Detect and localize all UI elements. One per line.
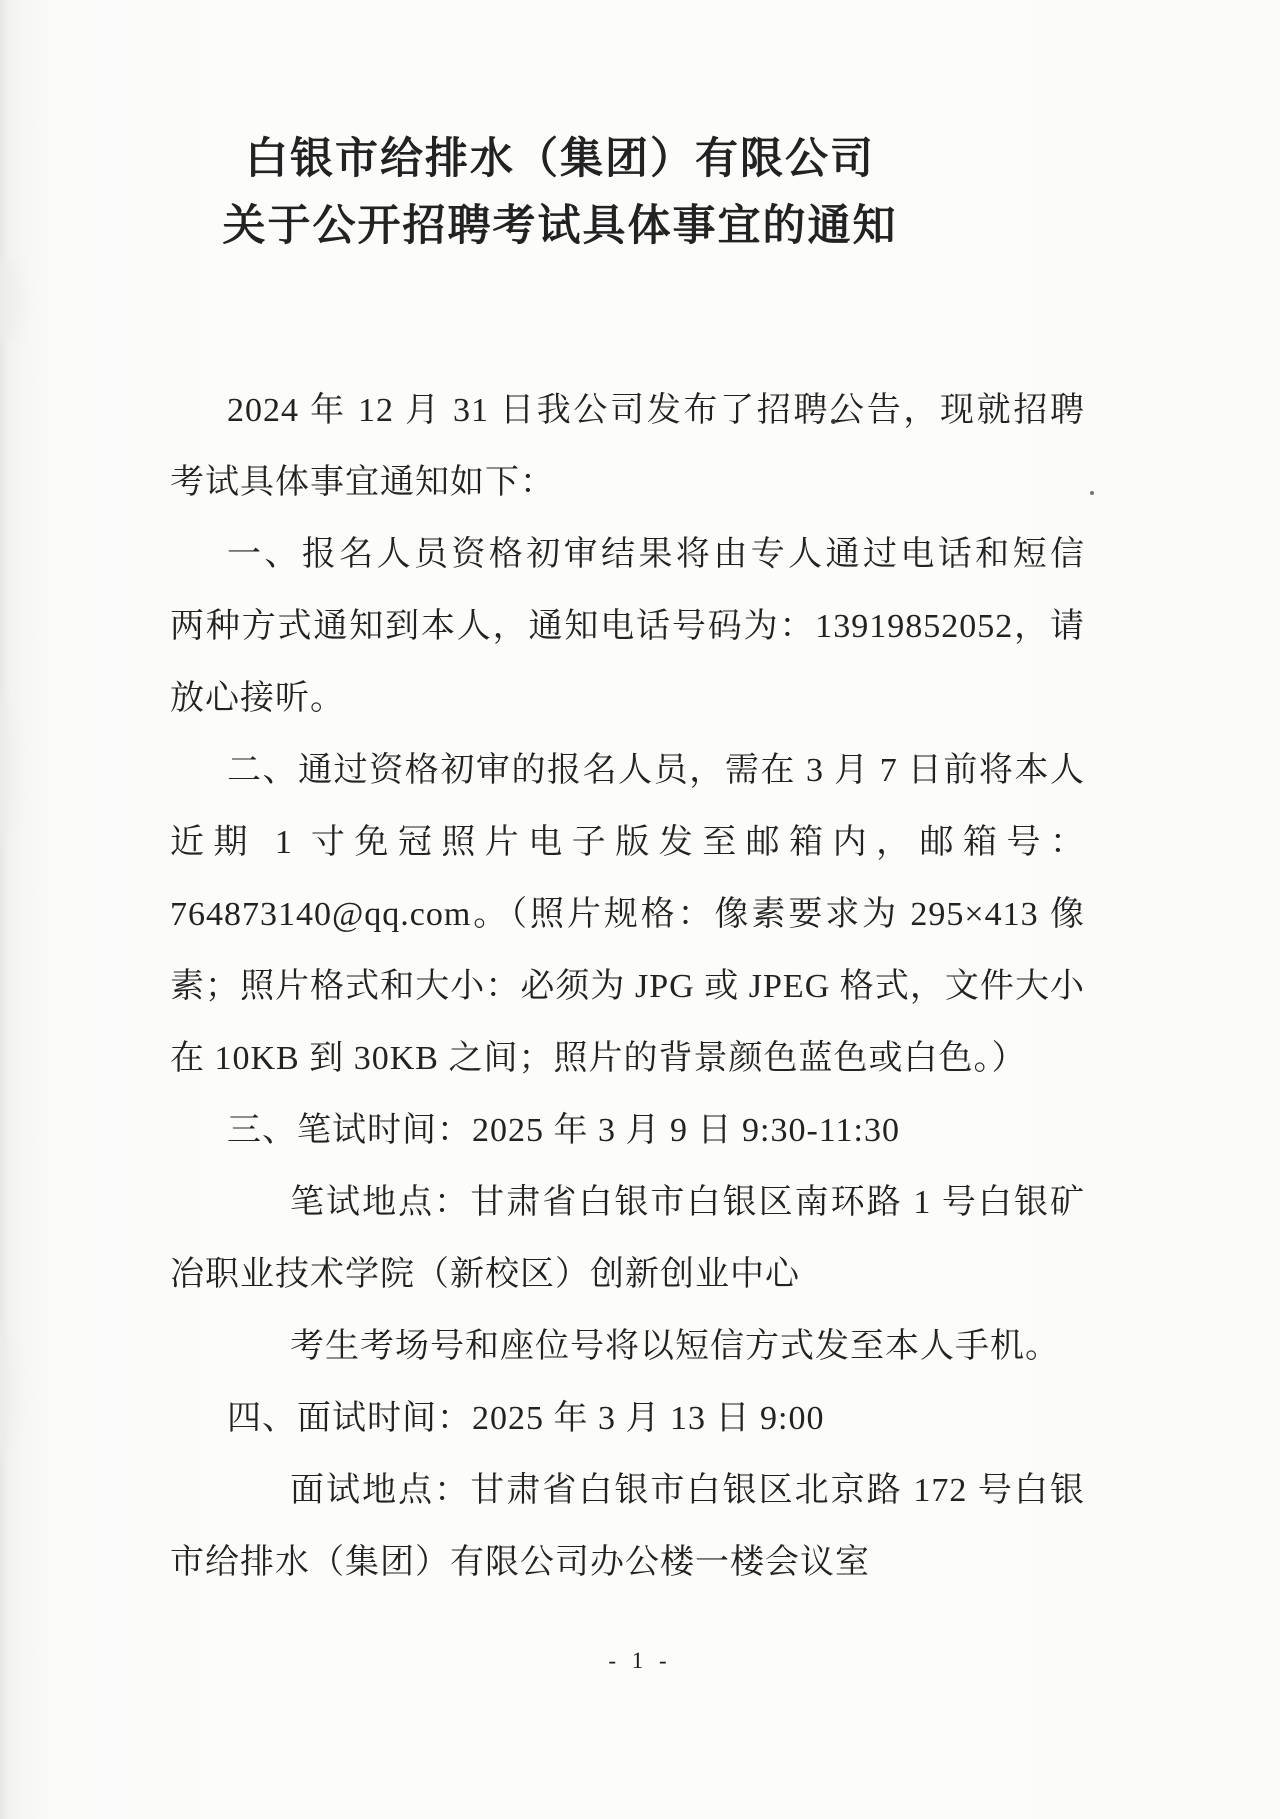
body-line-item1-1: 一、报名人员资格初审结果将由专人通过电话和短信	[170, 519, 1085, 591]
document-body: 2024 年 12 月 31 日我公司发布了招聘公告，现就招聘 考试具体事宜通知…	[170, 375, 1085, 1599]
body-line-item4-location-1: 面试地点：甘肃省白银市白银区北京路 172 号白银	[170, 1455, 1085, 1527]
body-line-intro-1: 2024 年 12 月 31 日我公司发布了招聘公告，现就招聘	[170, 375, 1085, 447]
body-line-item2-1: 二、通过资格初审的报名人员，需在 3 月 7 日前将本人	[170, 735, 1085, 807]
body-line-item4-location-2: 市给排水（集团）有限公司办公楼一楼会议室	[170, 1527, 1085, 1599]
body-line-item4-time: 四、面试时间：2025 年 3 月 13 日 9:00	[170, 1383, 1085, 1455]
scan-speck	[1090, 491, 1094, 495]
title-line-subject: 关于公开招聘考试具体事宜的通知	[100, 193, 1020, 260]
scan-smudge	[0, 255, 20, 345]
body-line-item3-location-1: 笔试地点：甘肃省白银市白银区南环路 1 号白银矿	[170, 1167, 1085, 1239]
body-line-item3-location-2: 冶职业技术学院（新校区）创新创业中心	[170, 1239, 1085, 1311]
body-line-item1-2-phone: 两种方式通知到本人，通知电话号码为：13919852052，请	[170, 591, 1085, 663]
page-number: - 1 -	[0, 1648, 1280, 1674]
body-line-item1-3: 放心接听。	[170, 663, 1085, 735]
body-line-item2-4: 素；照片格式和大小：必须为 JPG 或 JPEG 格式，文件大小	[170, 951, 1085, 1023]
body-line-item3-seat-notice: 考生考场号和座位号将以短信方式发至本人手机。	[170, 1311, 1085, 1383]
body-line-item2-5: 在 10KB 到 30KB 之间；照片的背景颜色蓝色或白色。）	[170, 1023, 1085, 1095]
body-line-item3-time: 三、笔试时间：2025 年 3 月 9 日 9:30-11:30	[170, 1095, 1085, 1167]
body-line-item2-2: 近期 1 寸免冠照片电子版发至邮箱内，邮箱号：	[170, 807, 1085, 879]
scan-smudge	[0, 690, 12, 850]
body-line-intro-2: 考试具体事宜通知如下：	[170, 447, 1085, 519]
scanned-document-page: 白银市给排水（集团）有限公司 关于公开招聘考试具体事宜的通知 2024 年 12…	[0, 0, 1280, 1819]
title-line-company: 白银市给排水（集团）有限公司	[100, 126, 1020, 193]
scan-smudge	[0, 1320, 12, 1460]
body-line-item2-3-email: 764873140@qq.com。（照片规格：像素要求为 295×413 像	[170, 879, 1085, 951]
document-title: 白银市给排水（集团）有限公司 关于公开招聘考试具体事宜的通知	[100, 126, 1020, 260]
